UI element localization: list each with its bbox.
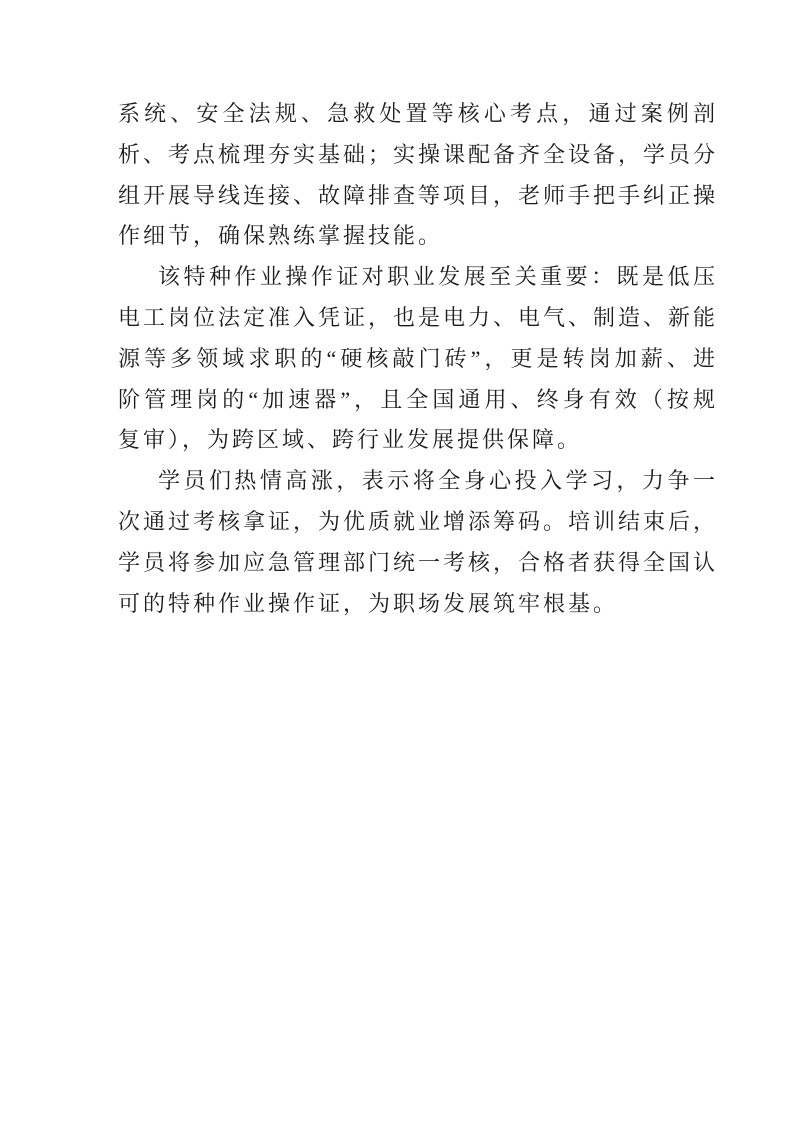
paragraph-continuation: 系统、安全法规、急救处置等核心考点，通过案例剖析、考点梳理夯实基础；实操课配备齐… [118,94,718,257]
document-page: 系统、安全法规、急救处置等核心考点，通过案例剖析、考点梳理夯实基础；实操课配备齐… [0,0,794,1122]
document-body: 系统、安全法规、急救处置等核心考点，通过案例剖析、考点梳理夯实基础；实操课配备齐… [118,94,718,624]
paragraph-trainee-outlook: 学员们热情高涨，表示将全身心投入学习，力争一次通过考核拿证，为优质就业增添筹码。… [118,461,718,624]
paragraph-certificate-importance: 该特种作业操作证对职业发展至关重要：既是低压电工岗位法定准入凭证，也是电力、电气… [118,257,718,461]
